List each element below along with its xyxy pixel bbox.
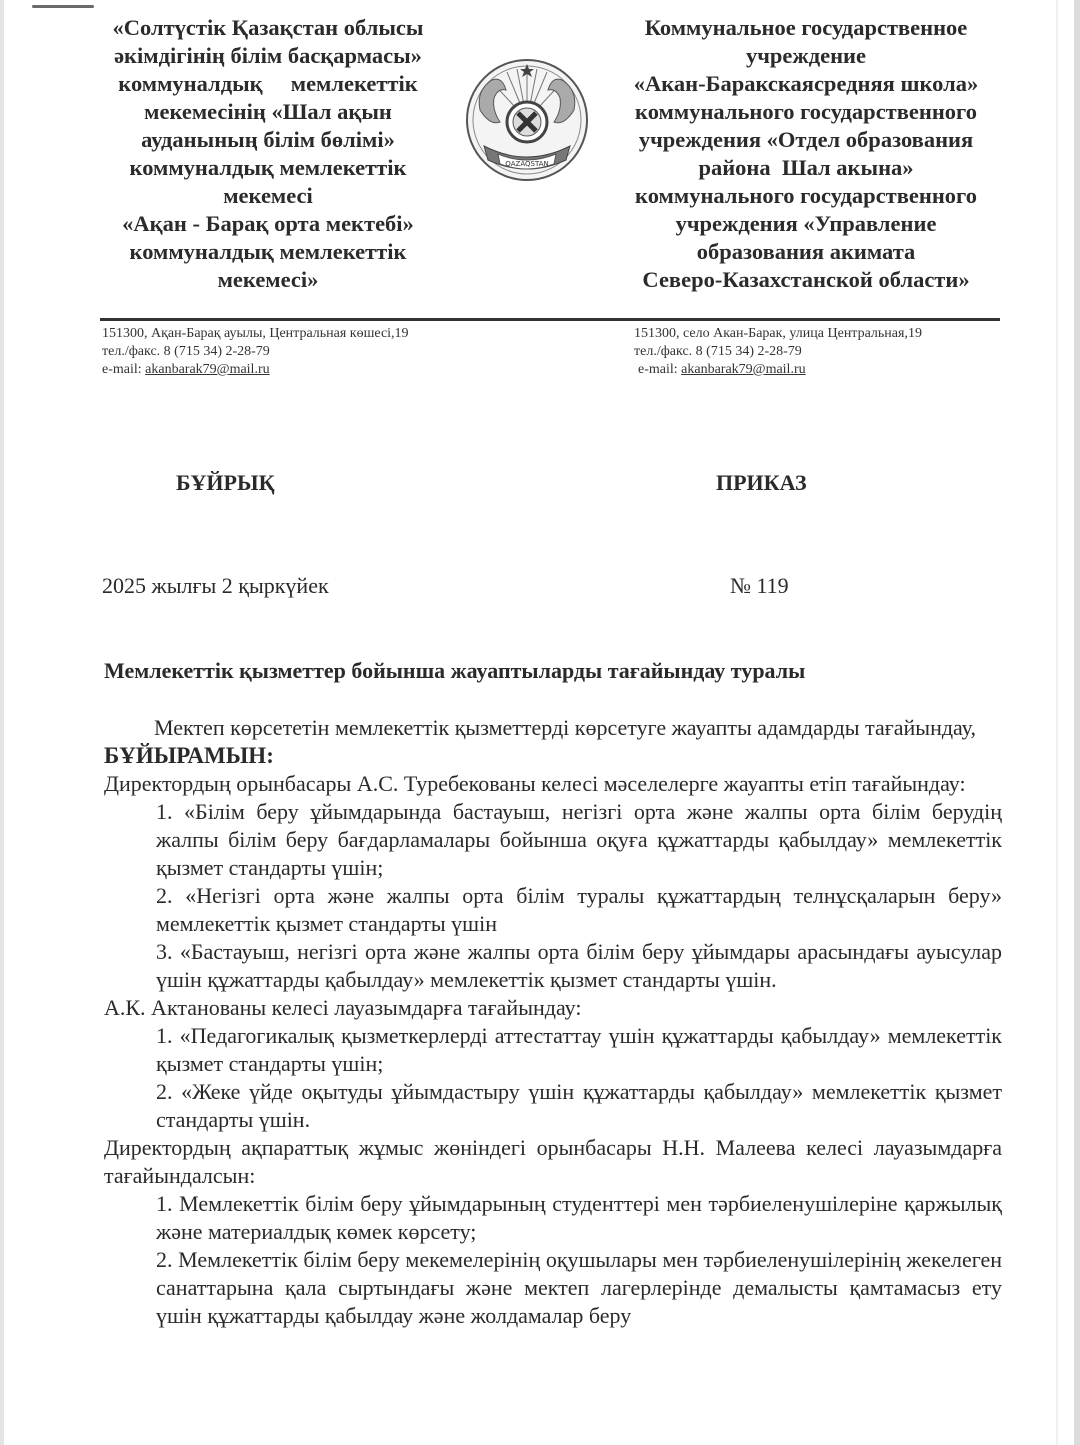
header-line: коммуналдық мемлекеттік: [98, 70, 438, 98]
header-kz-organization: «Солтүстік Қазақстан облысы әкімдігінің …: [98, 14, 438, 294]
email-line: e-mail: akanbarak79@mail.ru: [634, 361, 922, 379]
header-line: учреждения «Отдел образования: [606, 126, 1006, 154]
section-intro: Директордың ақпараттық жұмыс жөніндегі о…: [104, 1134, 1002, 1190]
address-line: 151300, село Акан-Барак, улица Центральн…: [634, 325, 922, 343]
header-line: коммуналдық мемлекеттік: [98, 238, 438, 266]
doc-body: Мектеп көрсететін мемлекеттік қызметтерд…: [104, 714, 1002, 1330]
page-edge-right: [1074, 0, 1080, 1445]
header-line: коммунального государственного: [606, 98, 1006, 126]
header-line: «Солтүстік Қазақстан облысы: [98, 14, 438, 42]
preamble: Мектеп көрсететін мемлекеттік қызметтерд…: [104, 714, 1002, 742]
doc-subject: Мемлекеттік қызметтер бойынша жауаптылар…: [104, 658, 805, 684]
header-line: коммунального государственного: [606, 182, 1006, 210]
list-item: 2. Мемлекеттік білім беру мекемелерінің …: [104, 1246, 1002, 1330]
list-item: 1. Мемлекеттік білім беру ұйымдарының ст…: [104, 1190, 1002, 1246]
doc-title-ru: ПРИКАЗ: [716, 470, 807, 496]
header-line: «Ақан - Барақ орта мектебі»: [98, 210, 438, 238]
header-line: мекемесінің «Шал ақын: [98, 98, 438, 126]
email-link[interactable]: akanbarak79@mail.ru: [145, 362, 269, 377]
header-line: мекемесі: [98, 182, 438, 210]
page-edge-right-inner: [1056, 0, 1058, 1445]
phone-line: тел./факс. 8 (715 34) 2-28-79: [102, 343, 409, 361]
list-item: 1. «Педагогикалық қызметкерлерді аттеста…: [104, 1022, 1002, 1078]
list-item: 1. «Білім беру ұйымдарында бастауыш, нег…: [104, 798, 1002, 882]
header-ru-organization: Коммунальное государственное учреждение …: [606, 14, 1006, 294]
list-item: 2. «Негізгі орта және жалпы орта білім т…: [104, 882, 1002, 938]
address-line: 151300, Ақан-Барақ ауылы, Центральная кө…: [102, 325, 409, 343]
page-edge-left: [0, 0, 4, 1445]
section-intro: Директордың орынбасары А.С. Туребекованы…: [104, 770, 1002, 798]
header-line: Коммунальное государственное: [606, 14, 1006, 42]
header-line: әкімдігінің білім басқармасы»: [98, 42, 438, 70]
doc-date: 2025 жылғы 2 қыркүйек: [102, 573, 329, 599]
header-line: района Шал акына»: [606, 154, 1006, 182]
list-item: 2. «Жеке үйде оқытуды ұйымдастыру үшін қ…: [104, 1078, 1002, 1134]
email-label: e-mail:: [638, 362, 681, 377]
section-intro: А.К. Актанованы келесі лауазымдарға таға…: [104, 994, 1002, 1022]
address-block-kz: 151300, Ақан-Барақ ауылы, Центральная кө…: [102, 325, 409, 379]
doc-title-kz: БҰЙРЫҚ: [176, 470, 275, 496]
header-line: образования акимата: [606, 238, 1006, 266]
header-divider: [100, 318, 1000, 321]
svg-text:QAZAQSTAN: QAZAQSTAN: [505, 160, 548, 168]
order-word: БҰЙЫРАМЫН:: [104, 742, 1002, 770]
address-block-ru: 151300, село Акан-Барак, улица Центральн…: [634, 325, 922, 379]
email-link[interactable]: akanbarak79@mail.ru: [681, 362, 805, 377]
header-line: коммуналдық мемлекеттік: [98, 154, 438, 182]
list-item: 3. «Бастауыш, негізгі орта және жалпы ор…: [104, 938, 1002, 994]
header-line: мекемесі»: [98, 266, 438, 294]
header-line: Северо-Казахстанской области»: [606, 266, 1006, 294]
doc-number: № 119: [730, 573, 789, 599]
header-line: «Акан-Баракскаясредняя школа»: [606, 70, 1006, 98]
phone-line: тел./факс. 8 (715 34) 2-28-79: [634, 343, 922, 361]
email-label: e-mail:: [102, 362, 145, 377]
header-line: ауданының білім бөлімі»: [98, 126, 438, 154]
header-line: учреждение: [606, 42, 1006, 70]
header-line: учреждения «Управление: [606, 210, 1006, 238]
scan-mark: [32, 5, 94, 8]
kazakhstan-emblem-icon: QAZAQSTAN: [462, 50, 592, 190]
email-line: e-mail: akanbarak79@mail.ru: [102, 361, 409, 379]
